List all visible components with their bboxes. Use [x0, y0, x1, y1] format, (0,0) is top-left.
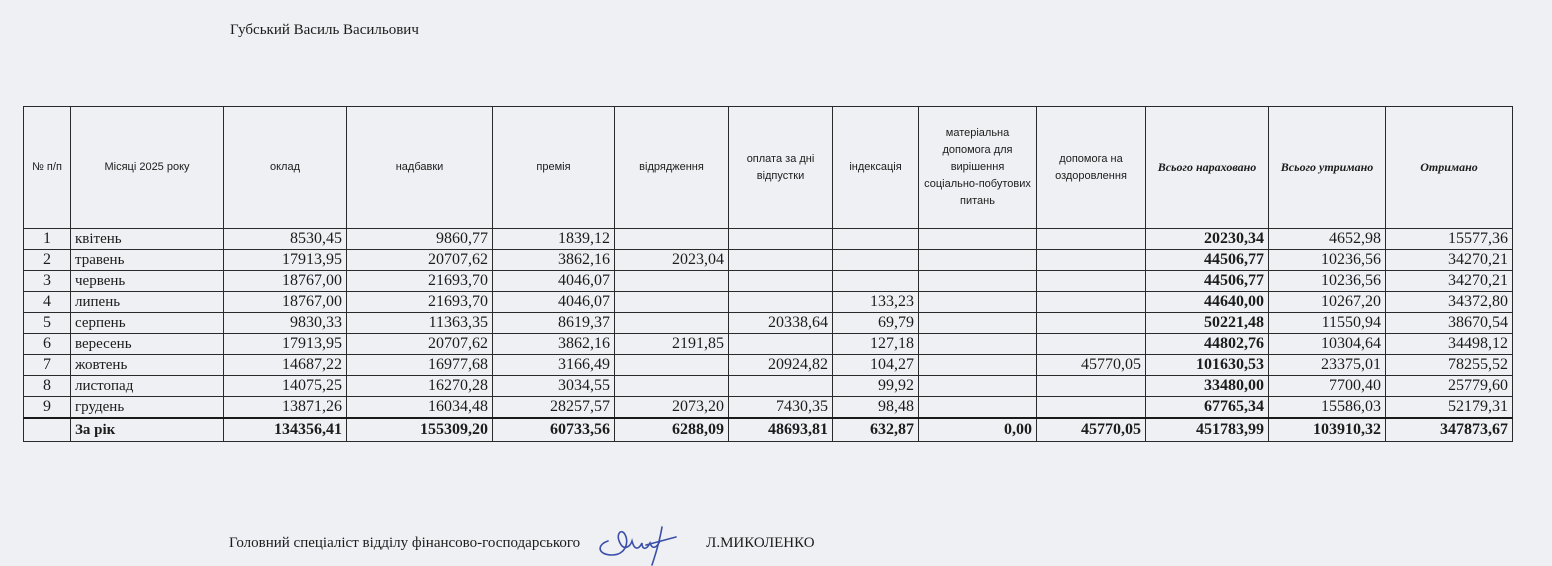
cell-total-accrued: 67765,34 — [1146, 397, 1269, 419]
cell-allowances: 16270,28 — [347, 376, 493, 397]
cell-total-withheld: 15586,03 — [1269, 397, 1386, 419]
cell-salary: 134356,41 — [224, 418, 347, 442]
signature-icon — [590, 519, 700, 566]
cell-total-accrued: 44506,77 — [1146, 271, 1269, 292]
total-row: За рік134356,41155309,2060733,566288,094… — [24, 418, 1513, 442]
cell-indexation: 69,79 — [833, 313, 919, 334]
cell-vacation-pay — [729, 271, 833, 292]
cell-allowances: 20707,62 — [347, 250, 493, 271]
cell-bonus: 3166,49 — [493, 355, 615, 376]
cell-allowances: 20707,62 — [347, 334, 493, 355]
header-cell-business-trip: відрядження — [615, 107, 729, 229]
cell-month: вересень — [71, 334, 224, 355]
cell-received: 38670,54 — [1386, 313, 1513, 334]
cell-no: 3 — [24, 271, 71, 292]
cell-allowances: 16977,68 — [347, 355, 493, 376]
header-cell-salary: оклад — [224, 107, 347, 229]
table-row: 1квітень8530,459860,771839,1220230,34465… — [24, 229, 1513, 250]
cell-received: 52179,31 — [1386, 397, 1513, 419]
cell-allowances: 21693,70 — [347, 292, 493, 313]
cell-vacation-pay — [729, 229, 833, 250]
cell-salary: 17913,95 — [224, 250, 347, 271]
cell-total-withheld: 10236,56 — [1269, 250, 1386, 271]
cell-salary: 18767,00 — [224, 292, 347, 313]
signer-position: Головний спеціаліст відділу фінансово-го… — [229, 535, 580, 552]
cell-received: 347873,67 — [1386, 418, 1513, 442]
cell-bonus: 3862,16 — [493, 334, 615, 355]
cell-business-trip — [615, 355, 729, 376]
cell-indexation: 127,18 — [833, 334, 919, 355]
cell-total-withheld: 7700,40 — [1269, 376, 1386, 397]
cell-indexation — [833, 250, 919, 271]
header-cell-allowances: надбавки — [347, 107, 493, 229]
cell-total-accrued: 101630,53 — [1146, 355, 1269, 376]
employee-name: Губський Василь Васильович — [230, 22, 419, 39]
cell-bonus: 4046,07 — [493, 271, 615, 292]
cell-bonus: 60733,56 — [493, 418, 615, 442]
header-cell-health-aid: допомога на оздоровлення — [1037, 107, 1146, 229]
cell-business-trip — [615, 271, 729, 292]
header-cell-material-aid: матеріальна допомога для вирішення соціа… — [919, 107, 1037, 229]
cell-total-withheld: 10304,64 — [1269, 334, 1386, 355]
cell-no: 5 — [24, 313, 71, 334]
cell-total-withheld: 10236,56 — [1269, 271, 1386, 292]
cell-indexation: 99,92 — [833, 376, 919, 397]
cell-indexation: 133,23 — [833, 292, 919, 313]
cell-total-accrued: 44802,76 — [1146, 334, 1269, 355]
cell-material-aid — [919, 229, 1037, 250]
cell-health-aid — [1037, 313, 1146, 334]
cell-salary: 8530,45 — [224, 229, 347, 250]
cell-bonus: 3034,55 — [493, 376, 615, 397]
cell-material-aid — [919, 292, 1037, 313]
cell-vacation-pay — [729, 292, 833, 313]
cell-month: серпень — [71, 313, 224, 334]
table-row: 3червень18767,0021693,704046,0744506,771… — [24, 271, 1513, 292]
cell-no: 6 — [24, 334, 71, 355]
header-cell-indexation: індексація — [833, 107, 919, 229]
payroll-table: № п/п Місяці 2025 року оклад надбавки пр… — [23, 106, 1513, 442]
cell-total-accrued: 451783,99 — [1146, 418, 1269, 442]
cell-month: травень — [71, 250, 224, 271]
cell-material-aid — [919, 271, 1037, 292]
cell-allowances: 11363,35 — [347, 313, 493, 334]
cell-total-withheld: 103910,32 — [1269, 418, 1386, 442]
cell-received: 34498,12 — [1386, 334, 1513, 355]
cell-business-trip: 2023,04 — [615, 250, 729, 271]
table-row: 8листопад14075,2516270,283034,5599,92334… — [24, 376, 1513, 397]
cell-received: 78255,52 — [1386, 355, 1513, 376]
cell-salary: 18767,00 — [224, 271, 347, 292]
header-cell-received: Отримано — [1386, 107, 1513, 229]
cell-salary: 14687,22 — [224, 355, 347, 376]
cell-allowances: 16034,48 — [347, 397, 493, 419]
cell-health-aid: 45770,05 — [1037, 418, 1146, 442]
cell-indexation: 632,87 — [833, 418, 919, 442]
cell-health-aid — [1037, 229, 1146, 250]
cell-business-trip — [615, 292, 729, 313]
header-cell-vacation-pay: оплата за дні відпустки — [729, 107, 833, 229]
cell-vacation-pay — [729, 250, 833, 271]
cell-received: 25779,60 — [1386, 376, 1513, 397]
cell-indexation: 98,48 — [833, 397, 919, 419]
cell-salary: 14075,25 — [224, 376, 347, 397]
cell-no: 9 — [24, 397, 71, 419]
cell-material-aid: 0,00 — [919, 418, 1037, 442]
signer-name: Л.МИКОЛЕНКО — [706, 535, 814, 552]
cell-total-withheld: 4652,98 — [1269, 229, 1386, 250]
cell-received: 15577,36 — [1386, 229, 1513, 250]
cell-business-trip — [615, 229, 729, 250]
cell-month: червень — [71, 271, 224, 292]
cell-total-withheld: 23375,01 — [1269, 355, 1386, 376]
cell-no: 2 — [24, 250, 71, 271]
cell-total-accrued: 44640,00 — [1146, 292, 1269, 313]
cell-month: грудень — [71, 397, 224, 419]
header-row: № п/п Місяці 2025 року оклад надбавки пр… — [24, 107, 1513, 229]
cell-month: липень — [71, 292, 224, 313]
cell-month: За рік — [71, 418, 224, 442]
cell-no: 1 — [24, 229, 71, 250]
cell-salary: 9830,33 — [224, 313, 347, 334]
cell-material-aid — [919, 313, 1037, 334]
cell-month: квітень — [71, 229, 224, 250]
cell-no: 7 — [24, 355, 71, 376]
cell-received: 34270,21 — [1386, 250, 1513, 271]
table-row: 6вересень17913,9520707,623862,162191,851… — [24, 334, 1513, 355]
table-row: 9грудень13871,2616034,4828257,572073,207… — [24, 397, 1513, 419]
cell-material-aid — [919, 376, 1037, 397]
cell-bonus: 3862,16 — [493, 250, 615, 271]
cell-total-accrued: 33480,00 — [1146, 376, 1269, 397]
cell-no — [24, 418, 71, 442]
cell-business-trip: 6288,09 — [615, 418, 729, 442]
cell-total-accrued: 20230,34 — [1146, 229, 1269, 250]
table-row: 5серпень9830,3311363,358619,3720338,6469… — [24, 313, 1513, 334]
cell-bonus: 8619,37 — [493, 313, 615, 334]
signature-line: Головний спеціаліст відділу фінансово-го… — [229, 519, 815, 566]
cell-bonus: 4046,07 — [493, 292, 615, 313]
cell-indexation — [833, 229, 919, 250]
cell-no: 8 — [24, 376, 71, 397]
cell-health-aid — [1037, 292, 1146, 313]
cell-vacation-pay — [729, 376, 833, 397]
cell-health-aid — [1037, 376, 1146, 397]
cell-health-aid — [1037, 271, 1146, 292]
cell-bonus: 1839,12 — [493, 229, 615, 250]
cell-material-aid — [919, 355, 1037, 376]
cell-vacation-pay: 20924,82 — [729, 355, 833, 376]
cell-vacation-pay: 48693,81 — [729, 418, 833, 442]
cell-indexation: 104,27 — [833, 355, 919, 376]
cell-health-aid — [1037, 250, 1146, 271]
cell-vacation-pay — [729, 334, 833, 355]
cell-business-trip: 2073,20 — [615, 397, 729, 419]
cell-business-trip: 2191,85 — [615, 334, 729, 355]
table-row: 7жовтень14687,2216977,683166,4920924,821… — [24, 355, 1513, 376]
cell-vacation-pay: 20338,64 — [729, 313, 833, 334]
header-cell-month: Місяці 2025 року — [71, 107, 224, 229]
cell-allowances: 21693,70 — [347, 271, 493, 292]
cell-material-aid — [919, 250, 1037, 271]
table-row: 2травень17913,9520707,623862,162023,0444… — [24, 250, 1513, 271]
cell-total-accrued: 50221,48 — [1146, 313, 1269, 334]
cell-health-aid — [1037, 397, 1146, 419]
cell-material-aid — [919, 334, 1037, 355]
cell-health-aid: 45770,05 — [1037, 355, 1146, 376]
cell-bonus: 28257,57 — [493, 397, 615, 419]
cell-received: 34270,21 — [1386, 271, 1513, 292]
cell-business-trip — [615, 313, 729, 334]
cell-vacation-pay: 7430,35 — [729, 397, 833, 419]
cell-indexation — [833, 271, 919, 292]
cell-allowances: 155309,20 — [347, 418, 493, 442]
cell-business-trip — [615, 376, 729, 397]
cell-allowances: 9860,77 — [347, 229, 493, 250]
cell-received: 34372,80 — [1386, 292, 1513, 313]
cell-month: листопад — [71, 376, 224, 397]
header-cell-total-accrued: Всього нараховано — [1146, 107, 1269, 229]
cell-month: жовтень — [71, 355, 224, 376]
cell-total-withheld: 10267,20 — [1269, 292, 1386, 313]
cell-total-withheld: 11550,94 — [1269, 313, 1386, 334]
header-cell-no: № п/п — [24, 107, 71, 229]
cell-salary: 13871,26 — [224, 397, 347, 419]
cell-no: 4 — [24, 292, 71, 313]
table-row: 4липень18767,0021693,704046,07133,234464… — [24, 292, 1513, 313]
cell-total-accrued: 44506,77 — [1146, 250, 1269, 271]
cell-salary: 17913,95 — [224, 334, 347, 355]
cell-health-aid — [1037, 334, 1146, 355]
header-cell-bonus: премія — [493, 107, 615, 229]
header-cell-total-withheld: Всього утримано — [1269, 107, 1386, 229]
cell-material-aid — [919, 397, 1037, 419]
